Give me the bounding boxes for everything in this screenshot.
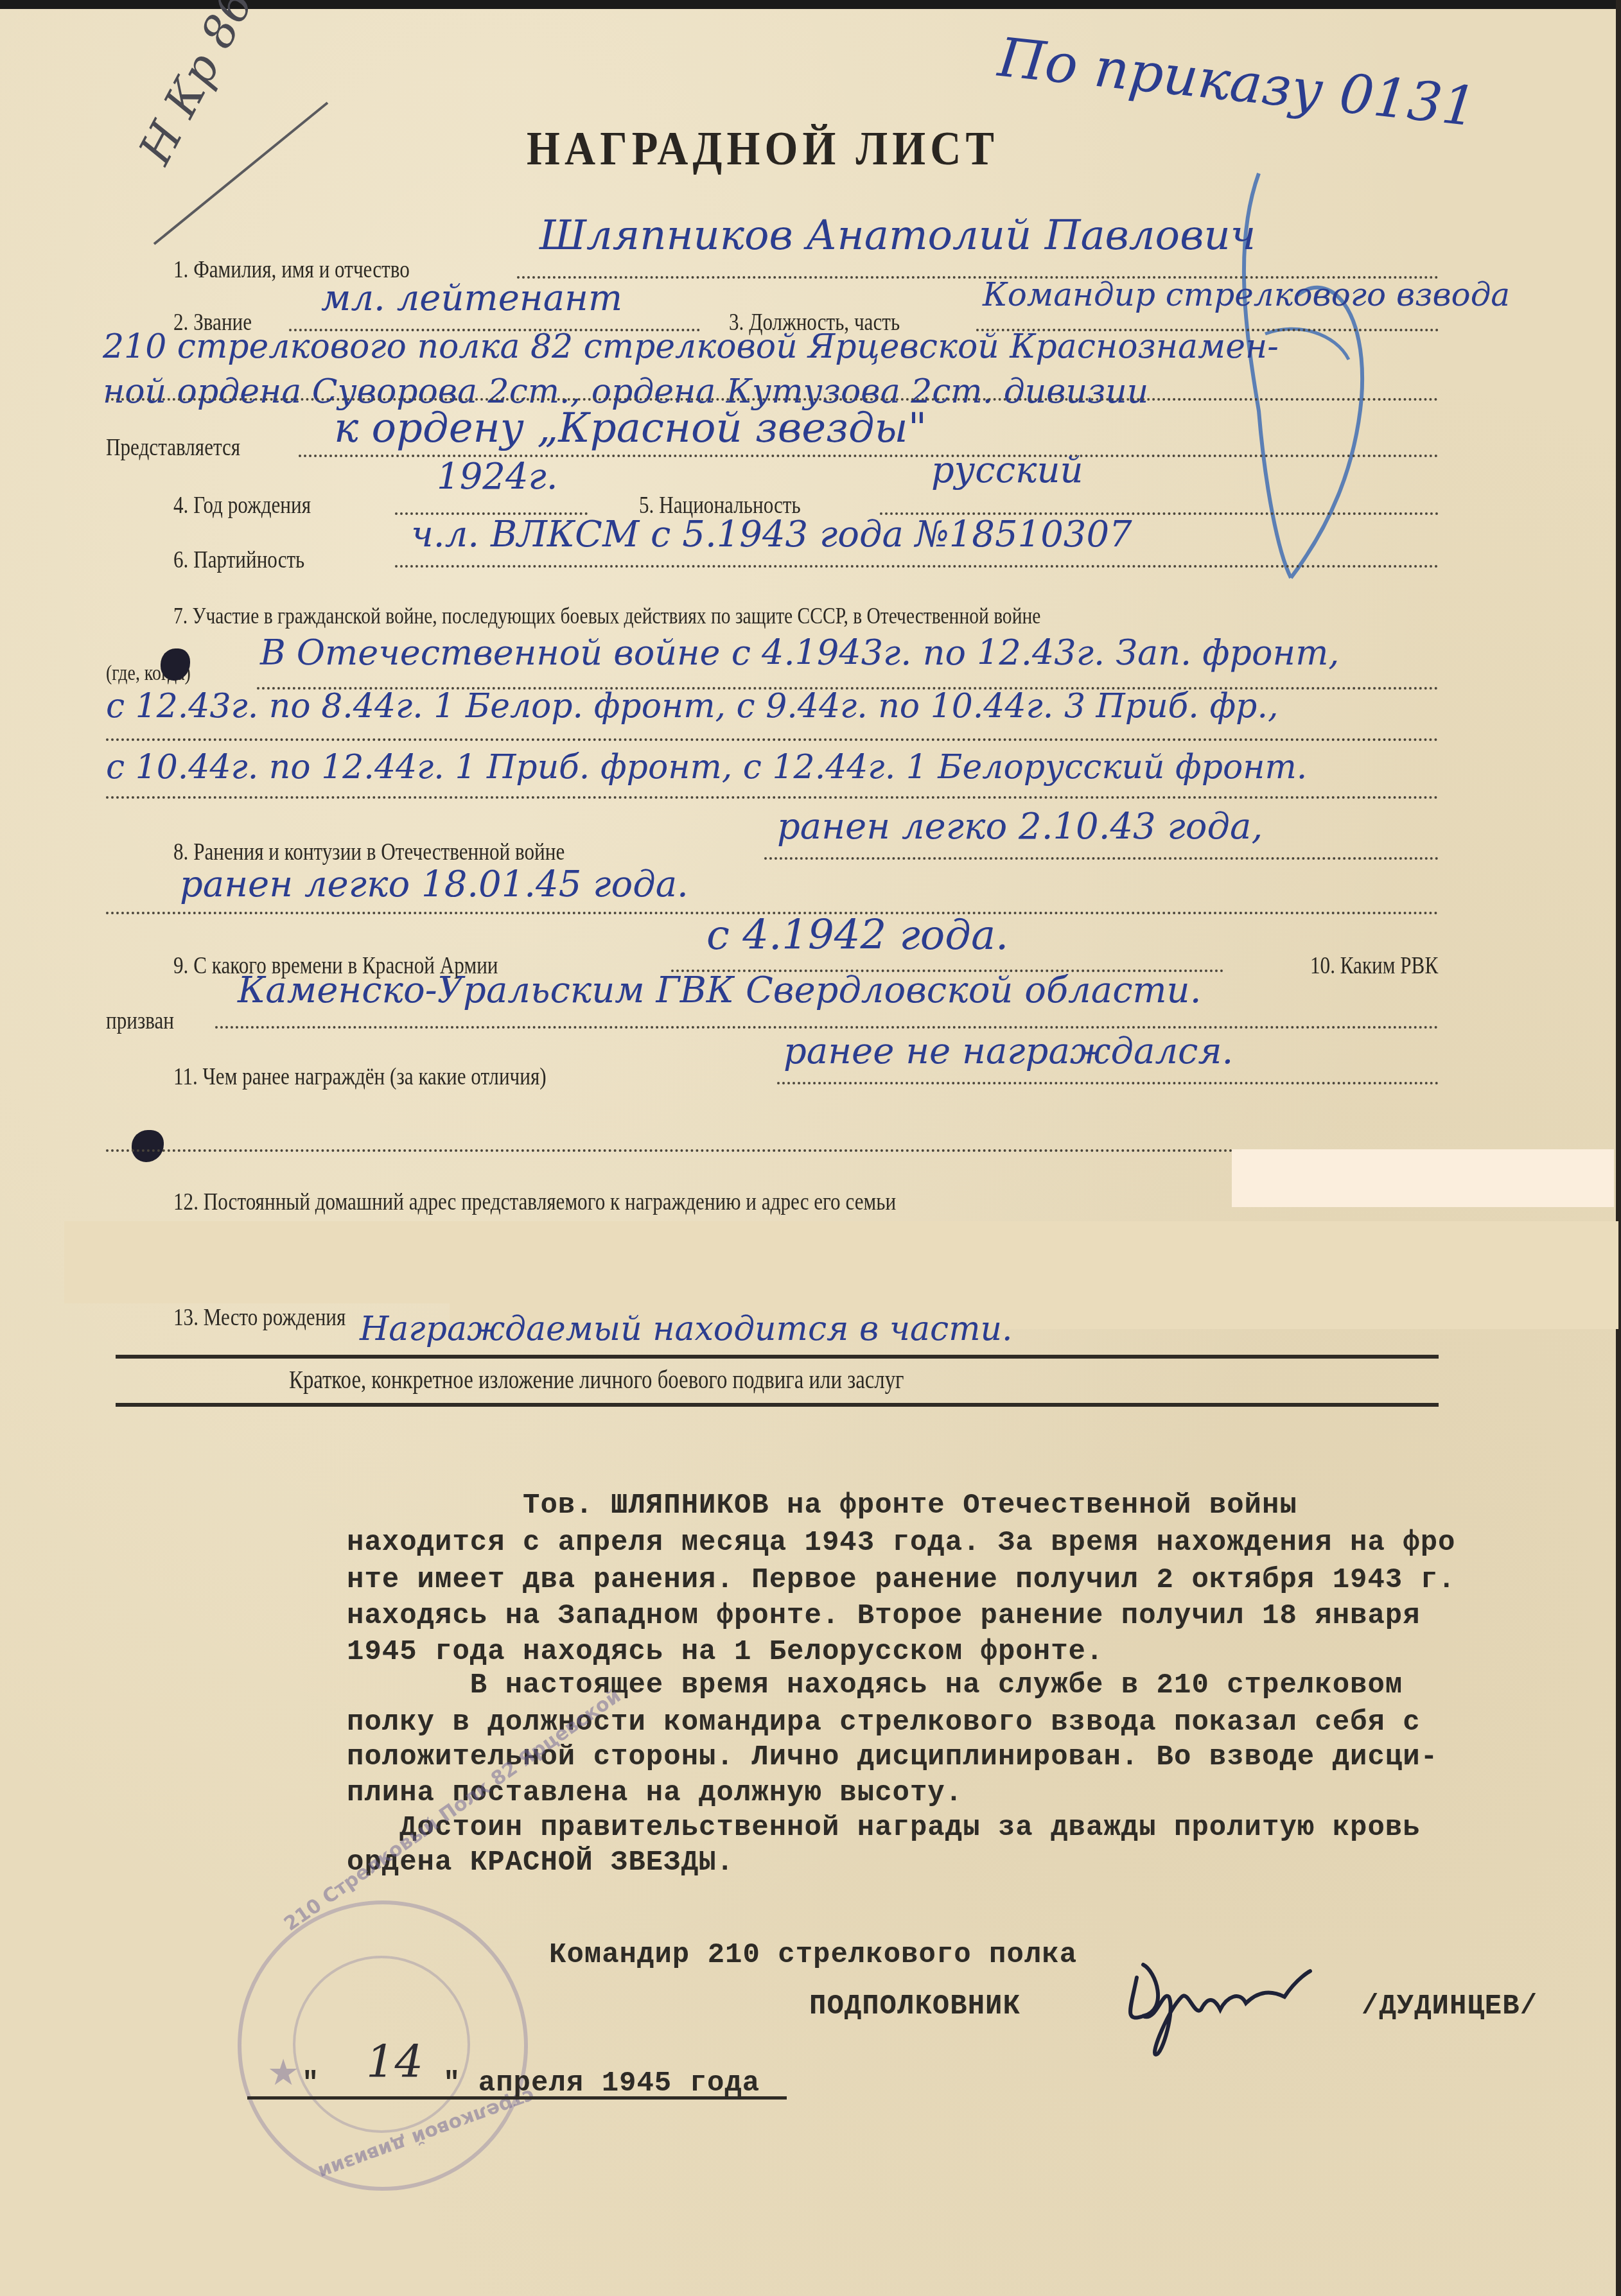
signoff-position: Командир 210 стрелкового полка [549,1939,1077,1971]
narrative-line: находится с апреля месяца 1943 года. За … [347,1527,1455,1559]
section-rule-top [116,1355,1439,1359]
date-day: 14 [366,2035,423,2088]
field-5-value: русский [931,449,1083,491]
field-11-value: ранее не награждался. [784,1031,1233,1072]
field-7-value-line1: В Отечественной войне с 4.1943г. по 12.4… [260,632,1340,673]
narrative-line: В настоящее время находясь на службе в 2… [347,1669,1403,1701]
field-3-line2 [106,398,1439,401]
field-9-value: с 4.1942 года. [706,912,1008,959]
field-7-line2 [106,738,1439,741]
field-7-value-line3: с 10.44г. по 12.44г. 1 Приб. фронт, с 12… [106,748,1307,787]
field-12-label: 12. Постоянный домашний адрес представля… [173,1188,896,1216]
signoff-name: /ДУДИНЦЕВ/ [1362,1990,1538,2022]
section-rule-bottom [116,1403,1439,1407]
field-7-value-line2: с 12.43г. по 8.44г. 1 Белор. фронт, с 9.… [106,687,1278,726]
field-13-value: Награждаемый находится в части. [360,1310,1013,1348]
field-10-line [215,1026,1439,1029]
field-10-label: 10. Каким РВК [1310,952,1438,980]
field-8-line1 [764,857,1439,860]
narrative-line: Достоин правительственной награды за два… [347,1812,1421,1844]
field-10-value: Каменско-Уральским ГВК Свердловской обла… [238,970,1202,1011]
field-7-line3 [106,796,1439,799]
field-6-line [395,565,1439,568]
field-8-value-line2: ранен легко 18.01.45 года. [180,864,688,905]
narrative-line: нте имеет два ранения. Первое ранение по… [347,1564,1455,1596]
field-6-value: ч.л. ВЛКСМ с 5.1943 года №18510307 [411,514,1132,555]
date-underline [247,2096,787,2100]
scan-edge-right [1616,0,1621,2296]
signoff-rank: ПОДПОЛКОВНИК [809,1990,1021,2022]
narrative-line: Тов. ШЛЯПНИКОВ на фронте Отечественной в… [347,1490,1297,1522]
field-3-value-line2: 210 стрелкового полка 82 стрелковой Ярце… [103,327,1279,366]
presented-value: к ордену „Красной звезды" [334,404,927,452]
date-rest: " апреля 1945 года [443,2067,760,2100]
pencil-stroke-icon [141,71,334,263]
stamp-star-icon: ★ [267,2052,299,2094]
field-6-label: 6. Партийность [173,546,304,574]
field-1-value: Шляпников Анатолий Павлович [539,212,1256,259]
field-8-label: 8. Ранения и контузии в Отечественной во… [173,838,565,866]
section-heading: Краткое, конкретное изложение личного бо… [289,1364,904,1395]
redaction-address-1 [1232,1149,1614,1207]
narrative-line: плина поставлена на должную высоту. [347,1777,963,1809]
field-4-label: 4. Год рождения [173,491,311,519]
commander-signature-icon [1117,1952,1374,2061]
field-3-value-line1: Командир стрелкового взвода [983,276,1510,313]
field-11-label: 11. Чем ранее награждён (за какие отличи… [173,1063,547,1091]
field-8-value-line1: ранен легко 2.10.43 года, [777,806,1263,848]
field-10-sublabel: призван [106,1007,174,1035]
field-13-label: 13. Место рождения [173,1303,346,1332]
presented-label: Представляется [106,433,240,462]
field-11-line1 [777,1082,1439,1084]
narrative-line: находясь на Западном фронте. Второе ране… [347,1600,1421,1632]
narrative-line: полку в должности командира стрелкового … [347,1707,1421,1739]
document-title: НАГРАДНОЙ ЛИСТ [527,122,999,177]
narrative-line: 1945 года находясь на 1 Белорусском фрон… [347,1636,1103,1668]
field-7-label: 7. Участие в гражданской войне, последую… [173,602,1040,629]
date-prefix: " [302,2067,319,2100]
field-2-value: мл. лейтенант [321,277,622,319]
field-4-value: 1924г. [437,456,558,498]
